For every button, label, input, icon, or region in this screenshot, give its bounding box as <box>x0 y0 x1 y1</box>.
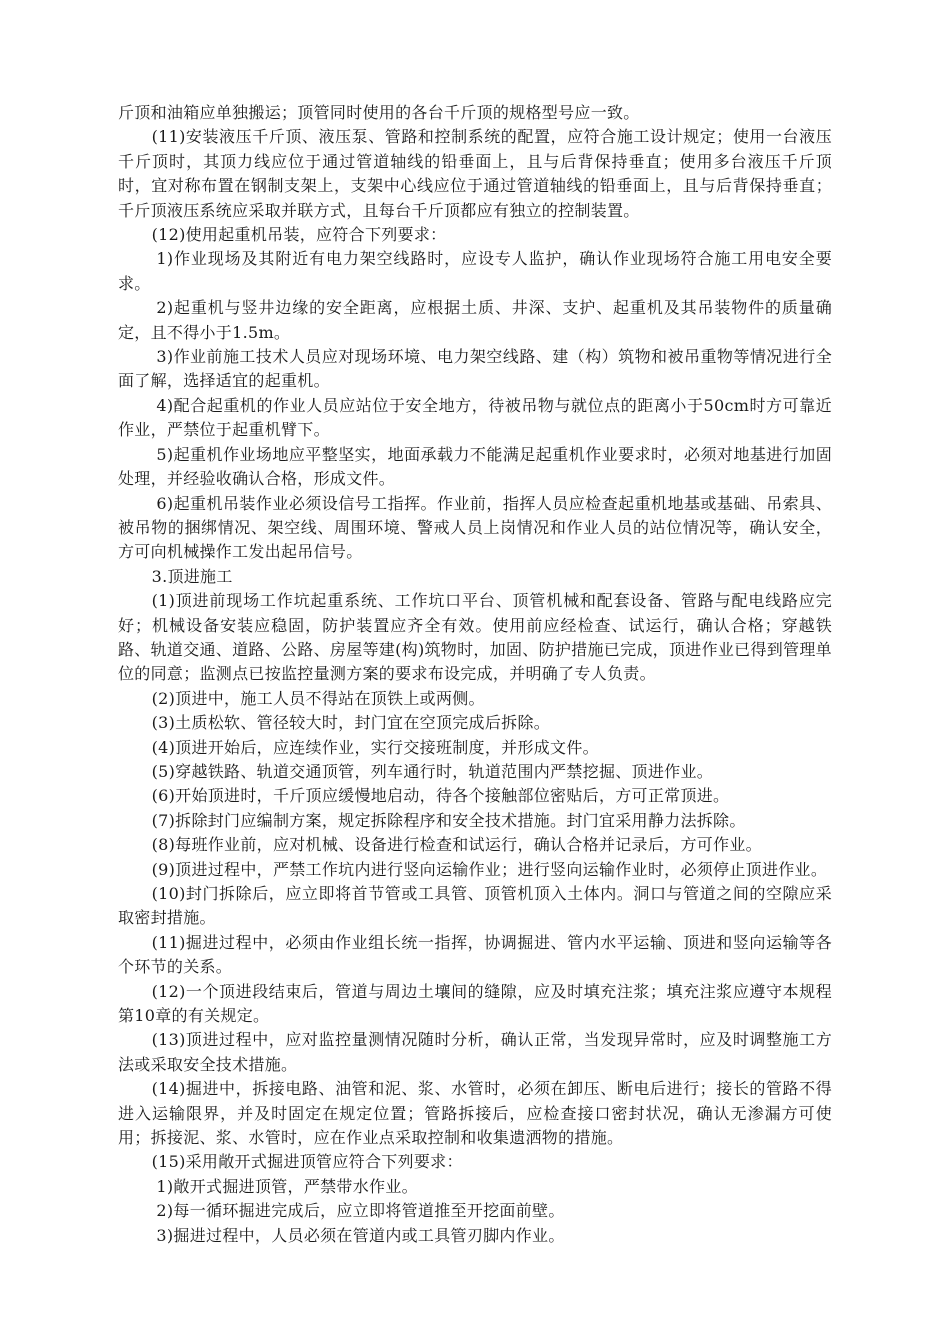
paragraph-item-10: (10)封门拆除后，应立即将首节管或工具管、顶管机顶入土体内。洞口与管道之间的空… <box>118 882 832 931</box>
paragraph-item-9: (9)顶进过程中，严禁工作坑内进行竖向运输作业；进行竖向运输作业时，必须停止顶进… <box>118 858 832 882</box>
paragraph-item-1: (1)顶进前现场工作坑起重系统、工作坑口平台、顶管机械和配套设备、管路与配电线路… <box>118 589 832 687</box>
sub-item-3: 3)作业前施工技术人员应对现场环境、电力架空线路、建（构）筑物和被吊重物等情况进… <box>118 345 832 394</box>
sub-item-6: 6)起重机吊装作业必须设信号工指挥。作业前，指挥人员应检查起重机地基或基础、吊索… <box>118 492 832 565</box>
paragraph-item-3: (3)土质松软、管径较大时，封门宜在空顶完成后拆除。 <box>118 711 832 735</box>
paragraph-item-13: (13)顶进过程中，应对监控量测情况随时分析，确认正常，当发现异常时，应及时调整… <box>118 1028 832 1077</box>
paragraph-item-14: (14)掘进中，拆接电路、油管和泥、浆、水管时，必须在卸压、断电后进行；接长的管… <box>118 1077 832 1150</box>
paragraph-item-5: (5)穿越铁路、轨道交通顶管，列车通行时，轨道范围内严禁挖掘、顶进作业。 <box>118 760 832 784</box>
paragraph-continuation: 斤顶和油箱应单独搬运；顶管同时使用的各台千斤顶的规格型号应一致。 <box>118 101 832 125</box>
paragraph-item-7: (7)拆除封门应编制方案，规定拆除程序和安全技术措施。封门宜采用静力法拆除。 <box>118 809 832 833</box>
paragraph-item-2: (2)顶进中，施工人员不得站在顶铁上或两侧。 <box>118 687 832 711</box>
sub-item-15-3: 3)掘进过程中，人员必须在管道内或工具管刃脚内作业。 <box>118 1224 832 1248</box>
paragraph-item-8: (8)每班作业前，应对机械、设备进行检查和试运行，确认合格并记录后，方可作业。 <box>118 833 832 857</box>
sub-item-5: 5)起重机作业场地应平整坚实，地面承载力不能满足起重机作业要求时，必须对地基进行… <box>118 443 832 492</box>
paragraph-item-11: (11)掘进过程中，必须由作业组长统一指挥，协调掘进、管内水平运输、顶进和竖向运… <box>118 931 832 980</box>
section-heading-jacking-construction: 3.顶进施工 <box>118 565 832 589</box>
document-page: 斤顶和油箱应单独搬运；顶管同时使用的各台千斤顶的规格型号应一致。 (11)安装液… <box>118 101 832 1248</box>
paragraph-item-6: (6)开始顶进时，千斤顶应缓慢地启动，待各个接触部位密贴后，方可正常顶进。 <box>118 784 832 808</box>
sub-item-15-1: 1)敞开式掘进顶管，严禁带水作业。 <box>118 1175 832 1199</box>
paragraph-item-12-crane-heading: (12)使用起重机吊装，应符合下列要求： <box>118 223 832 247</box>
paragraph-item-12: (12)一个顶进段结束后，管道与周边土壤间的缝隙，应及时填充注浆；填充注浆应遵守… <box>118 980 832 1029</box>
sub-item-1: 1)作业现场及其附近有电力架空线路时，应设专人监护，确认作业现场符合施工用电安全… <box>118 247 832 296</box>
paragraph-item-15: (15)采用敞开式掘进顶管应符合下列要求： <box>118 1150 832 1174</box>
paragraph-item-4: (4)顶进开始后，应连续作业，实行交接班制度，并形成文件。 <box>118 736 832 760</box>
sub-item-15-2: 2)每一循环掘进完成后，应立即将管道推至开挖面前壁。 <box>118 1199 832 1223</box>
sub-item-2: 2)起重机与竖井边缘的安全距离，应根据土质、井深、支护、起重机及其吊装物件的质量… <box>118 296 832 345</box>
paragraph-item-11-jack-config: (11)安装液压千斤顶、液压泵、管路和控制系统的配置，应符合施工设计规定；使用一… <box>118 125 832 223</box>
sub-item-4: 4)配合起重机的作业人员应站位于安全地方，待被吊物与就位点的距离小于50cm时方… <box>118 394 832 443</box>
